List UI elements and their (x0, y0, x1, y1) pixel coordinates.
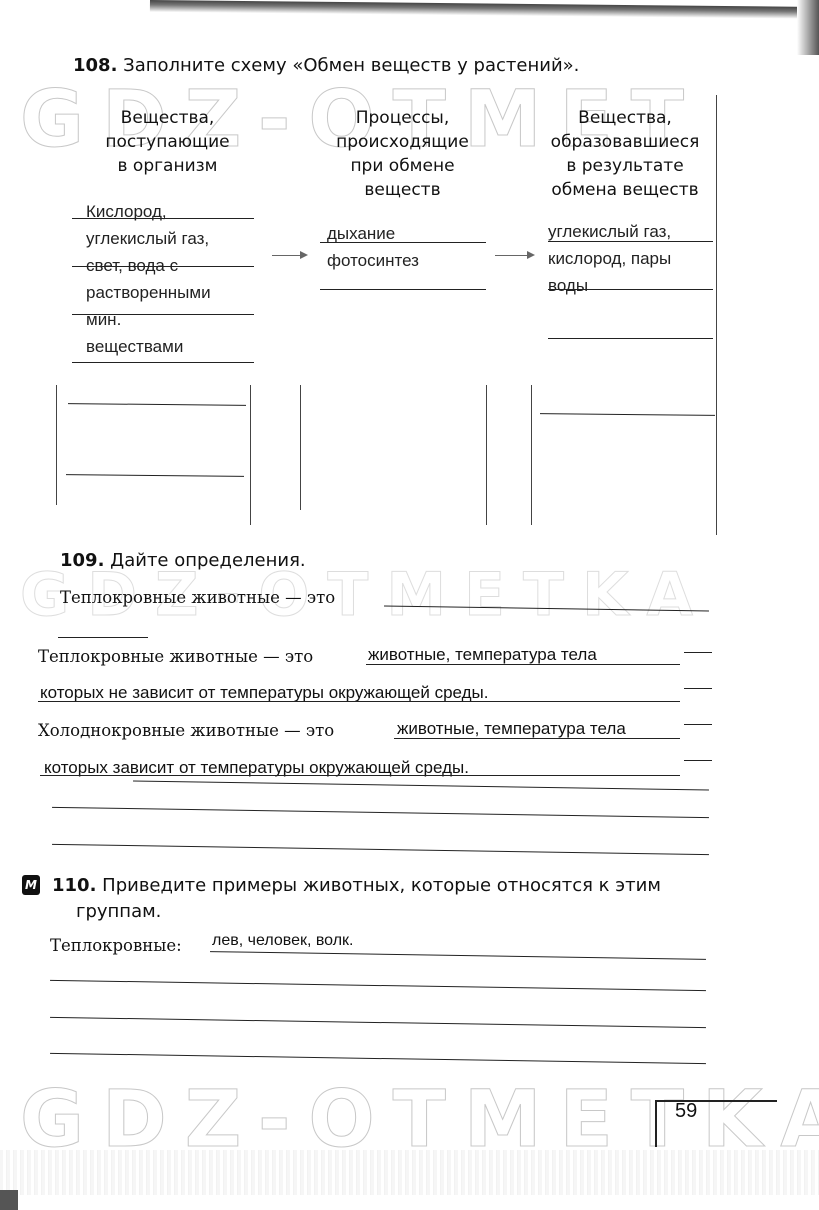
answer-line: мин. (86, 306, 211, 333)
page-number: 59 (675, 1100, 697, 1123)
answer-line: Кислород, (86, 198, 211, 225)
write-line[interactable] (72, 314, 254, 315)
write-line[interactable] (68, 403, 246, 406)
page-number-frame (655, 1100, 777, 1147)
task-instruction: Дайте определения. (110, 550, 305, 571)
header-line: обмена веществ (530, 178, 720, 202)
header-line: в организм (70, 154, 265, 178)
printed-prompt: Теплокровные животные — это (60, 588, 335, 607)
box-border (250, 385, 251, 525)
header-line: в результате (530, 154, 720, 178)
write-line[interactable] (66, 474, 244, 477)
answer-line: воды (548, 272, 671, 299)
scheme-border (716, 95, 717, 535)
header-line: происходящие (305, 130, 500, 154)
write-line[interactable] (210, 951, 706, 960)
write-line[interactable] (684, 760, 712, 761)
scan-shadow-corner (0, 1190, 18, 1210)
write-line[interactable] (72, 218, 254, 219)
header-line: поступающие (70, 130, 265, 154)
task-number: 109. (60, 550, 104, 571)
definition-answer: которых не зависит от температуры окружа… (40, 683, 489, 703)
task-109-title: 109. Дайте определения. (60, 550, 306, 571)
scan-noise (0, 1150, 819, 1195)
write-line[interactable] (58, 637, 148, 638)
header-line: Процессы, (305, 106, 500, 130)
box-border (486, 385, 487, 525)
methodology-badge-icon: M (22, 875, 40, 895)
write-line[interactable] (133, 780, 709, 790)
task-108-title: 108. Заполните схему «Обмен веществ у ра… (73, 55, 579, 76)
header-line: при обмене (305, 154, 500, 178)
answer-line: веществами (86, 333, 211, 360)
write-line[interactable] (684, 724, 712, 725)
column-header-processes: Процессы, происходящие при обмене вещест… (305, 106, 500, 202)
answer-line: растворенными (86, 279, 211, 306)
header-line: образовавшиеся (530, 130, 720, 154)
header-line: Вещества, (70, 106, 265, 130)
write-line[interactable] (320, 242, 486, 243)
column-outputs-answers: углекислый газ, кислород, пары воды (548, 218, 671, 299)
definition-answer: животные, температура тела (397, 719, 626, 739)
answer-line: углекислый газ, (86, 225, 211, 252)
arrow-right-icon (272, 255, 306, 256)
write-line[interactable] (540, 413, 715, 416)
column-inputs-answers: Кислород, углекислый газ, свет, вода с р… (86, 198, 211, 360)
write-line[interactable] (684, 652, 712, 653)
scan-shadow-corner (797, 0, 819, 55)
group-answer: лев, человек, волк. (212, 932, 354, 950)
task-instruction: Приведите примеры животных, которые отно… (102, 875, 661, 896)
write-line[interactable] (72, 266, 254, 267)
write-line[interactable] (320, 289, 486, 290)
write-line[interactable] (548, 289, 713, 290)
definition-answer: животные, температура тела (368, 645, 597, 665)
header-line: Вещества, (530, 106, 720, 130)
box-border (56, 385, 57, 505)
task-instruction: Заполните схему «Обмен веществ у растени… (123, 55, 579, 76)
column-header-outputs: Вещества, образовавшиеся в результате об… (530, 106, 720, 202)
write-line[interactable] (548, 241, 713, 242)
write-line[interactable] (50, 980, 706, 991)
write-line[interactable] (52, 807, 709, 818)
definition-term: Холоднокровные животные — это (38, 721, 334, 740)
column-header-inputs: Вещества, поступающие в организм (70, 106, 265, 178)
task-110-title: 110. Приведите примеры животных, которые… (52, 875, 661, 896)
write-line[interactable] (50, 1053, 706, 1064)
header-line: веществ (305, 178, 500, 202)
write-line[interactable] (72, 362, 254, 363)
task-110-title-line2: группам. (76, 901, 161, 922)
arrow-right-icon (495, 255, 533, 256)
column-processes-answers: дыхание фотосинтез (327, 220, 419, 274)
write-line[interactable] (40, 775, 680, 776)
task-number: 108. (73, 55, 117, 76)
write-line[interactable] (684, 688, 712, 689)
scan-shadow-top (150, 0, 819, 19)
write-line[interactable] (50, 1017, 706, 1028)
write-line[interactable] (38, 701, 680, 702)
box-border (531, 385, 532, 525)
write-line[interactable] (52, 844, 709, 855)
answer-line: кислород, пары (548, 245, 671, 272)
group-label: Теплокровные: (50, 936, 182, 955)
write-line[interactable] (548, 338, 713, 339)
box-border (300, 385, 301, 510)
task-number: 110. (52, 875, 96, 896)
answer-line: фотосинтез (327, 247, 419, 274)
write-line[interactable] (394, 738, 680, 739)
definition-term: Теплокровные животные — это (38, 647, 313, 666)
write-line[interactable] (366, 664, 680, 665)
